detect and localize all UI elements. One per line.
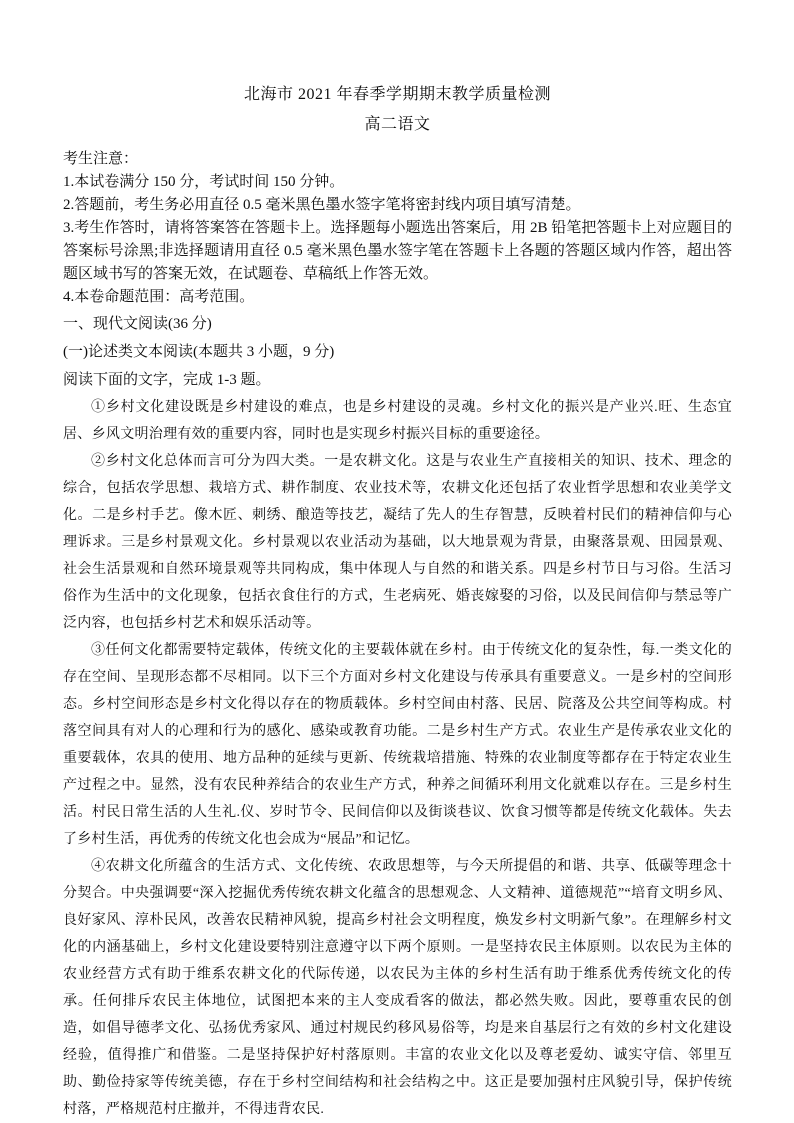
passage-paragraph-3: ③任何文化都需要特定载体，传统文化的主要载体就在乡村。由于传统文化的复杂性，每.… [63,637,732,853]
passage-paragraph-1: ①乡村文化建设既是乡村建设的难点，也是乡村建设的灵魂。乡村文化的振兴是产业兴.旺… [63,394,732,448]
passage-paragraph-2: ②乡村文化总体而言可分为四大类。一是农耕文化。这是与农业生产直接相关的知识、技术… [63,448,732,637]
section-modern-text-reading: 一、现代文阅读(36 分) (一)论述类文本阅读(本题共 3 小题，9 分) 阅… [63,312,732,393]
notice-item-4: 4.本卷命题范围：高考范围。 [63,286,732,309]
page-title: 北海市 2021 年春季学期期末教学质量检测 [63,84,732,106]
passage-paragraph-4: ④农耕文化所蕴含的生活方式、文化传统、农政思想等，与今天所提倡的和谐、共享、低碳… [63,853,732,1123]
section-heading: 一、现代文阅读(36 分) [63,312,732,337]
section-subheading: (一)论述类文本阅读(本题共 3 小题，9 分) [63,340,732,365]
notice-item-3: 3.考生作答时，请将答案答在答题卡上。选择题每小题选出答案后，用 2B 铅笔把答… [63,217,732,286]
candidate-notice: 考生注意： 1.本试卷满分 150 分，考试时间 150 分钟。 2.答题前，考… [63,148,732,309]
reading-instruction: 阅读下面的文字，完成 1-3 题。 [63,368,732,393]
notice-item-1: 1.本试卷满分 150 分，考试时间 150 分钟。 [63,171,732,194]
notice-heading: 考生注意： [63,148,732,171]
notice-item-2: 2.答题前，考生务必用直径 0.5 毫米黑色墨水签字笔将密封线内项目填写清楚。 [63,194,732,217]
exam-paper-page: 北海市 2021 年春季学期期末教学质量检测 高二语文 考生注意： 1.本试卷满… [0,0,794,1123]
page-subtitle: 高二语文 [63,114,732,136]
reading-passage: ①乡村文化建设既是乡村建设的难点，也是乡村建设的灵魂。乡村文化的振兴是产业兴.旺… [63,394,732,1123]
